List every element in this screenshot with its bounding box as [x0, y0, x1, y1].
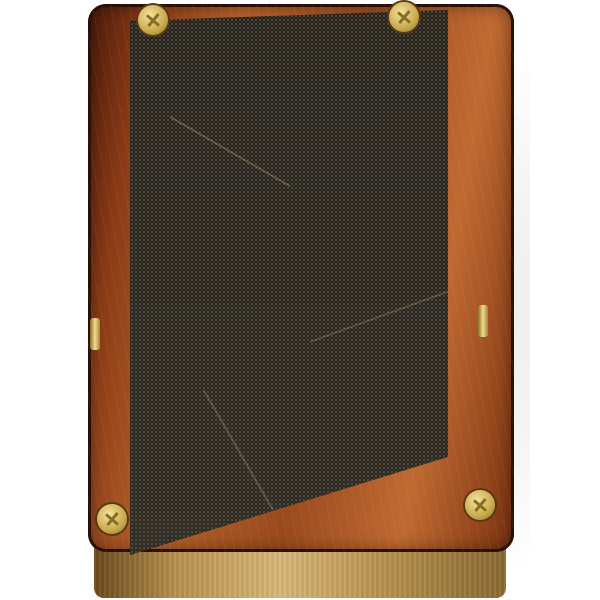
screw-top-left-icon [138, 5, 168, 35]
screw-bottom-left-icon [97, 504, 127, 534]
screw-bottom-right-icon [465, 490, 495, 520]
right-jack [478, 305, 488, 337]
screw-top-right-icon [389, 2, 419, 32]
left-jack [90, 318, 100, 350]
